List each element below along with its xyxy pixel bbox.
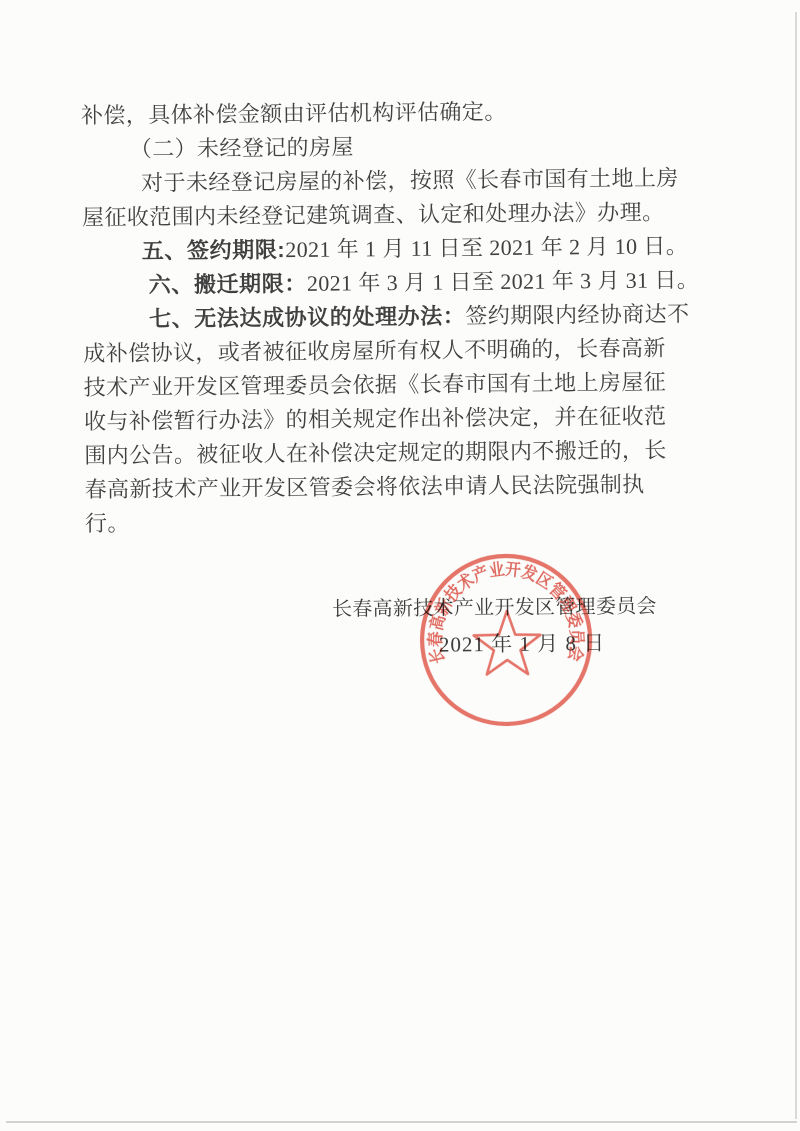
seal-ring <box>421 555 591 725</box>
line-label: 六、搬迁期限： <box>149 271 307 298</box>
body-line: 行。 <box>85 501 705 541</box>
line-text: 2021 年 1 月 11 日至 2021 年 2 月 10 日。 <box>285 233 688 262</box>
line-text: （二）未经登记的房屋 <box>130 134 354 161</box>
scan-page-edge-bottom <box>6 1121 797 1123</box>
line-label: 七、无法达成协议的处理办法： <box>149 303 466 331</box>
line-text: 成补偿协议，或者被征收房屋所有权人不明确的，长春高新 <box>83 335 666 366</box>
document-content: 补偿，具体补偿金额由评估机构评估确定。 （二）未经登记的房屋 对于未经登记房屋的… <box>0 0 800 1131</box>
official-seal: 长春高新技术产业开发区管理委员会 <box>413 547 599 733</box>
line-text: 行。 <box>85 511 130 536</box>
line-text: 补偿，具体补偿金额由评估机构评估确定。 <box>81 99 507 128</box>
body-line: 春高新技术产业开发区管委会将依法申请人民法院强制执 <box>84 467 704 507</box>
line-text: 屋征收范围内未经登记建筑调查、认定和处理办法》办理。 <box>82 199 665 230</box>
line-text: 签约期限内经协商达不 <box>465 301 689 328</box>
line-text: 2021 年 3 月 1 日至 2021 年 3 月 31 日。 <box>307 267 700 296</box>
document-body: 补偿，具体补偿金额由评估机构评估确定。 （二）未经登记的房屋 对于未经登记房屋的… <box>81 93 705 541</box>
line-label: 五、签约期限: <box>142 237 286 263</box>
star-icon <box>474 611 541 675</box>
line-text: 收与补偿暂行办法》的相关规定作出补偿决定，并在征收范 <box>84 403 667 434</box>
line-text: 技术产业开发区管理委员会依据《长春市国有土地上房屋征 <box>84 369 667 400</box>
scan-page-edge-right <box>795 12 797 1119</box>
line-text: 春高新技术产业开发区管委会将依法申请人民法院强制执 <box>85 472 645 502</box>
scanned-document-page: 补偿，具体补偿金额由评估机构评估确定。 （二）未经登记的房屋 对于未经登记房屋的… <box>0 0 800 1131</box>
line-text: 对于未经登记房屋的补偿，按照《长春市国有土地上房 <box>141 165 679 195</box>
line-text: 围内公告。被征收人在补偿决定规定的期限内不搬迁的，长 <box>84 437 667 468</box>
